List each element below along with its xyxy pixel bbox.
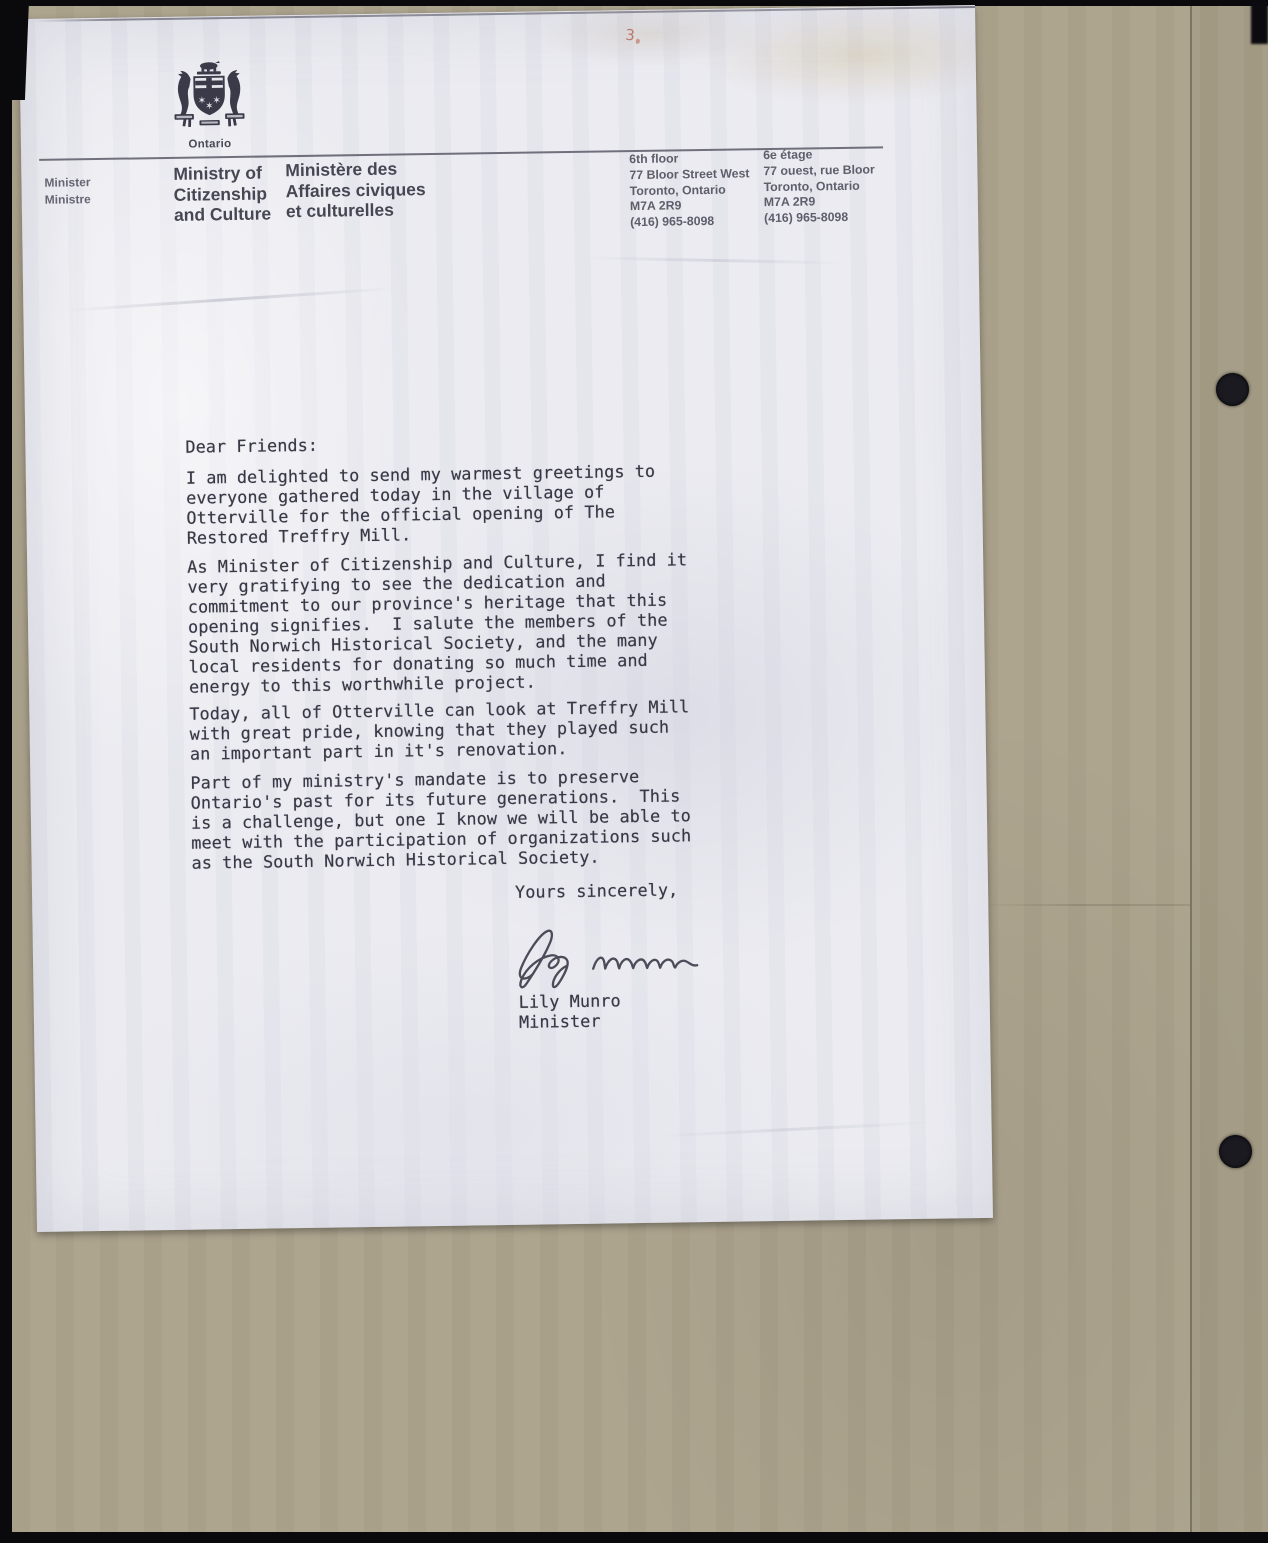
- letter-document: 3: [19, 5, 993, 1232]
- ontario-coat-of-arms: ✶ ✶ ✶ Ontario: [163, 58, 256, 151]
- signer-title: Minister: [519, 1008, 774, 1032]
- red-page-number-mark: 3: [625, 26, 636, 45]
- letter-body: Dear Friends: I am delighted to send my …: [185, 428, 774, 1037]
- backing-board-corner-top-right: [1251, 0, 1268, 44]
- logo-wordmark: Ontario: [164, 138, 256, 151]
- handwritten-signature: [503, 924, 774, 992]
- paper-wrinkle: [583, 256, 843, 264]
- punch-hole-bottom: [1219, 1135, 1252, 1168]
- paragraph-1: I am delighted to send my warmest greeti…: [186, 459, 767, 548]
- ministry-name-french: Ministère des Affaires civiques et cultu…: [285, 158, 426, 222]
- minister-label: Minister Ministre: [44, 174, 91, 209]
- backing-board-corner-top-left: [0, 0, 29, 100]
- address-french: 6e étage 77 ouest, rue Bloor Toronto, On…: [763, 146, 876, 227]
- paragraph-2: As Minister of Citizenship and Culture, …: [187, 548, 769, 697]
- album-horizontal-crease: [977, 904, 1190, 906]
- closing: Yours sincerely,: [515, 878, 772, 902]
- paper-wrinkle: [64, 287, 393, 312]
- signature-icon: [503, 925, 719, 992]
- punch-hole-top: [1216, 373, 1249, 406]
- salutation: Dear Friends:: [185, 428, 765, 457]
- address-english: 6th floor 77 Bloor Street West Toronto, …: [629, 150, 750, 231]
- paragraph-4: Part of my ministry's mandate is to pres…: [190, 764, 771, 873]
- paragraph-3: Today, all of Otterville can look at Tre…: [189, 695, 770, 764]
- coat-of-arms-icon: ✶ ✶ ✶: [163, 58, 256, 133]
- ministry-name-english: Ministry of Citizenship and Culture: [173, 162, 271, 225]
- paper-wrinkle: [656, 1121, 936, 1138]
- album-binding-crease: [1190, 6, 1268, 1532]
- svg-text:✶: ✶: [212, 95, 221, 106]
